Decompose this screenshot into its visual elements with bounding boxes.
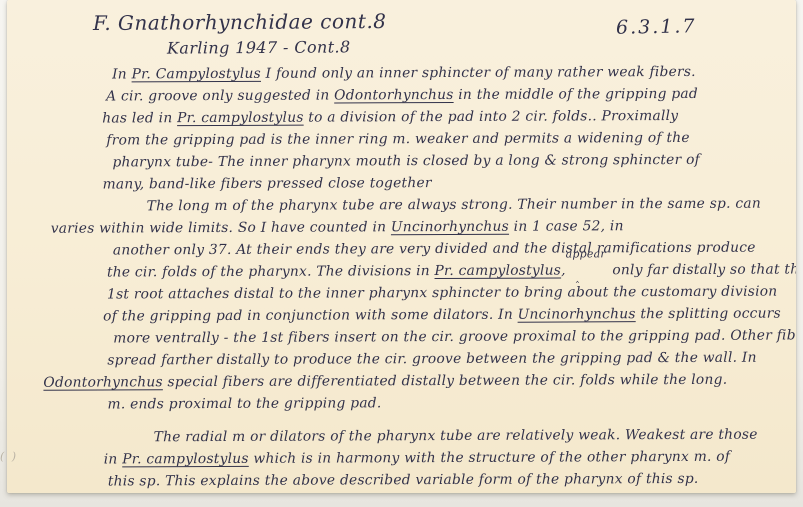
line-text: many, band-like fibers pressed close tog…: [103, 175, 432, 192]
page-title: F. Gnathorhynchidae cont.8: [93, 9, 387, 35]
header-subtitle: Karling 1947 - Cont.8: [167, 37, 351, 57]
handwritten-line: the cir. folds of the pharynx. The divis…: [107, 259, 790, 284]
line-text: A cir. groove only suggested in: [106, 87, 334, 104]
line-text: spread farther distally to produce the c…: [107, 350, 756, 369]
line-text: the splitting occurs: [636, 306, 781, 323]
genus-name: Pr. campylostylus: [434, 263, 561, 280]
handwritten-line: m. ends proximal to the gripping pad.: [107, 391, 790, 416]
line-text: in: [104, 451, 123, 467]
handwritten-line: A cir. groove only suggested in Odontorh…: [106, 83, 789, 108]
handwritten-line: The radial m or dilators of the pharynx …: [114, 424, 791, 449]
line-text: in 1 case 52, in: [509, 218, 624, 235]
handwritten-line: The long m of the pharynx tube are alway…: [107, 193, 790, 218]
line-text: The long m of the pharynx tube are alway…: [147, 196, 761, 215]
line-text: only far distally so that the: [608, 261, 796, 278]
line-text: pharynx tube- The inner pharynx mouth is…: [112, 152, 700, 171]
handwritten-line: of the gripping pad in conjunction with …: [103, 303, 790, 328]
genus-name: Uncinorhynchus: [518, 306, 636, 323]
handwritten-line: more ventrally - the 1st fibers insert o…: [113, 325, 790, 350]
line-text: special fibers are differentiated distal…: [163, 372, 728, 390]
handwritten-line: in Pr. campylostylus which is in harmony…: [104, 446, 791, 471]
card-code: 6.3.1.7: [615, 15, 696, 38]
handwritten-line: has led in Pr. campylostylus to a divisi…: [102, 105, 789, 130]
inserted-word-block: appear‸: [566, 261, 608, 275]
line-text: varies within wide limits. So I have cou…: [51, 219, 391, 236]
line-text: I found only an inner sphincter of many …: [261, 64, 696, 82]
line-text: more ventrally - the 1st fibers insert o…: [113, 327, 796, 346]
handwritten-line: In Pr. Campylostylus I found only an inn…: [112, 61, 789, 86]
line-text: m. ends proximal to the gripping pad.: [107, 395, 381, 412]
caret-mark: ‸: [576, 268, 580, 290]
genus-name: Odontorhynchus: [334, 87, 454, 104]
genus-name: Pr. campylostylus: [122, 451, 249, 468]
handwritten-line: this sp. This explains the above describ…: [108, 468, 791, 493]
handwritten-line: another only 37. At their ends they are …: [113, 237, 790, 262]
handwritten-line: from the gripping pad is the inner ring …: [106, 127, 789, 152]
line-text: another only 37. At their ends they are …: [113, 240, 756, 259]
genus-name: Pr. campylostylus: [177, 110, 304, 127]
handwritten-line: many, band-like fibers pressed close tog…: [103, 171, 790, 196]
handwritten-line: spread farther distally to produce the c…: [107, 347, 790, 372]
line-text: the cir. folds of the pharynx. The divis…: [107, 263, 435, 280]
line-text: this sp. This explains the above describ…: [108, 471, 699, 490]
line-text: which is in harmony with the structure o…: [249, 449, 731, 467]
line-text: has led in: [102, 110, 177, 126]
genus-name: Pr. Campylostylus: [132, 66, 261, 83]
handwritten-line: pharynx tube- The inner pharynx mouth is…: [112, 149, 789, 174]
handwritten-line: 1st root attaches distal to the inner ph…: [107, 281, 790, 306]
genus-name: Uncinorhynchus: [391, 219, 509, 236]
handwritten-text-block: In Pr. Campylostylus I found only an inn…: [106, 61, 791, 493]
handwritten-line: Odontorhynchus special fibers are differ…: [43, 369, 790, 394]
inserted-word: appear: [566, 243, 606, 265]
line-text: of the gripping pad in conjunction with …: [103, 307, 518, 325]
margin-mark: ( ): [0, 450, 18, 463]
genus-name: Odontorhynchus: [43, 374, 163, 391]
line-text: in the middle of the gripping pad: [454, 86, 698, 103]
index-card: F. Gnathorhynchidae cont.8 6.3.1.7 Karli…: [7, 0, 796, 493]
line-text: In: [112, 66, 132, 82]
line-text: from the gripping pad is the inner ring …: [106, 130, 689, 149]
line-text: The radial m or dilators of the pharynx …: [154, 427, 758, 446]
handwritten-line: varies within wide limits. So I have cou…: [51, 215, 790, 240]
line-text: to a division of the pad into 2 cir. fol…: [304, 108, 679, 126]
line-text: 1st root attaches distal to the inner ph…: [107, 284, 777, 303]
